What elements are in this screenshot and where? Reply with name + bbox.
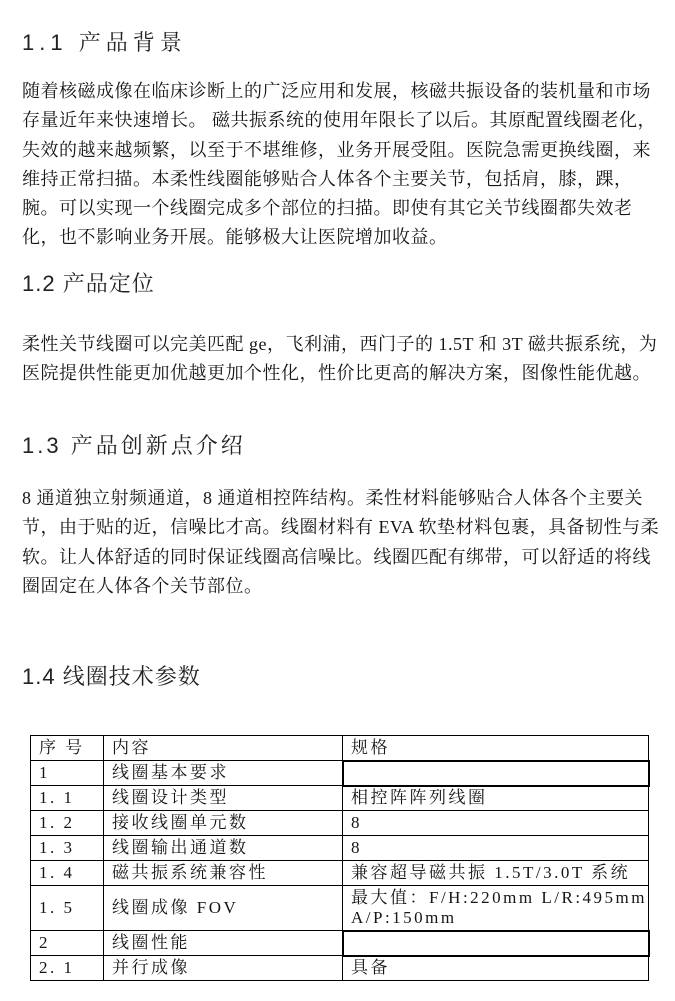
table-row: 2. 1 并行成像 具备	[31, 956, 649, 981]
cell-spec: 具备	[343, 956, 649, 981]
paragraph-product-positioning: 柔性关节线圈可以完美匹配 ge，飞利浦，西门子的 1.5T 和 3T 磁共振系统…	[22, 330, 657, 389]
cell-no: 1	[31, 761, 104, 786]
header-cell-spec: 规格	[343, 736, 649, 761]
cell-content: 线圈输出通道数	[104, 836, 343, 861]
table-header-row: 序 号 内容 规格	[31, 736, 649, 761]
cell-content: 接收线圈单元数	[104, 811, 343, 836]
cell-no: 1. 5	[31, 886, 104, 931]
cell-content: 线圈性能	[104, 931, 343, 956]
cell-content: 线圈基本要求	[104, 761, 343, 786]
cell-spec: 8	[343, 811, 649, 836]
section-title-coil-parameters: 1.4 线圈技术参数	[22, 664, 201, 690]
section-title-product-positioning: 1.2 产品定位	[22, 271, 155, 297]
paragraph-product-innovations: 8 通道独立射频通道，8 通道相控阵结构。柔性材料能够贴合人体各个主要关 节，由…	[22, 484, 659, 601]
table-row: 1. 4 磁共振系统兼容性 兼容超导磁共振 1.5T/3.0T 系统	[31, 861, 649, 886]
cell-spec	[343, 931, 649, 956]
cell-spec: 8	[343, 836, 649, 861]
section-title-product-innovations: 1.3 产品创新点介绍	[22, 433, 246, 459]
document-page: 1.1 产品背景 随着核磁成像在临床诊断上的广泛应用和发展，核磁共振设备的装机量…	[0, 0, 675, 1001]
table-row: 1. 3 线圈输出通道数 8	[31, 836, 649, 861]
paragraph-product-background: 随着核磁成像在临床诊断上的广泛应用和发展，核磁共振设备的装机量和市场 存量近年来…	[22, 77, 656, 253]
cell-content: 并行成像	[104, 956, 343, 981]
cell-content: 磁共振系统兼容性	[104, 861, 343, 886]
cell-content: 线圈设计类型	[104, 786, 343, 811]
section-title-product-background: 1.1 产品背景	[22, 30, 187, 56]
cell-spec: 相控阵阵列线圈	[343, 786, 649, 811]
table-row: 1. 5 线圈成像 FOV 最大值：F/H:220mm L/R:495mm A/…	[31, 886, 649, 931]
table-row: 2 线圈性能	[31, 931, 649, 956]
coil-parameters-table: 序 号 内容 规格 1 线圈基本要求 1. 1 线圈设计类型 相控阵阵列线圈 1…	[30, 735, 650, 981]
table-row: 1. 2 接收线圈单元数 8	[31, 811, 649, 836]
cell-spec: 最大值：F/H:220mm L/R:495mm A/P:150mm	[343, 886, 649, 931]
cell-no: 2	[31, 931, 104, 956]
header-cell-no: 序 号	[31, 736, 104, 761]
header-cell-content: 内容	[104, 736, 343, 761]
cell-no: 1. 2	[31, 811, 104, 836]
cell-no: 1. 3	[31, 836, 104, 861]
cell-content: 线圈成像 FOV	[104, 886, 343, 931]
table-row: 1. 1 线圈设计类型 相控阵阵列线圈	[31, 786, 649, 811]
cell-no: 1. 4	[31, 861, 104, 886]
cell-no: 2. 1	[31, 956, 104, 981]
table-row: 1 线圈基本要求	[31, 761, 649, 786]
cell-spec	[343, 761, 649, 786]
cell-no: 1. 1	[31, 786, 104, 811]
cell-spec: 兼容超导磁共振 1.5T/3.0T 系统	[343, 861, 649, 886]
